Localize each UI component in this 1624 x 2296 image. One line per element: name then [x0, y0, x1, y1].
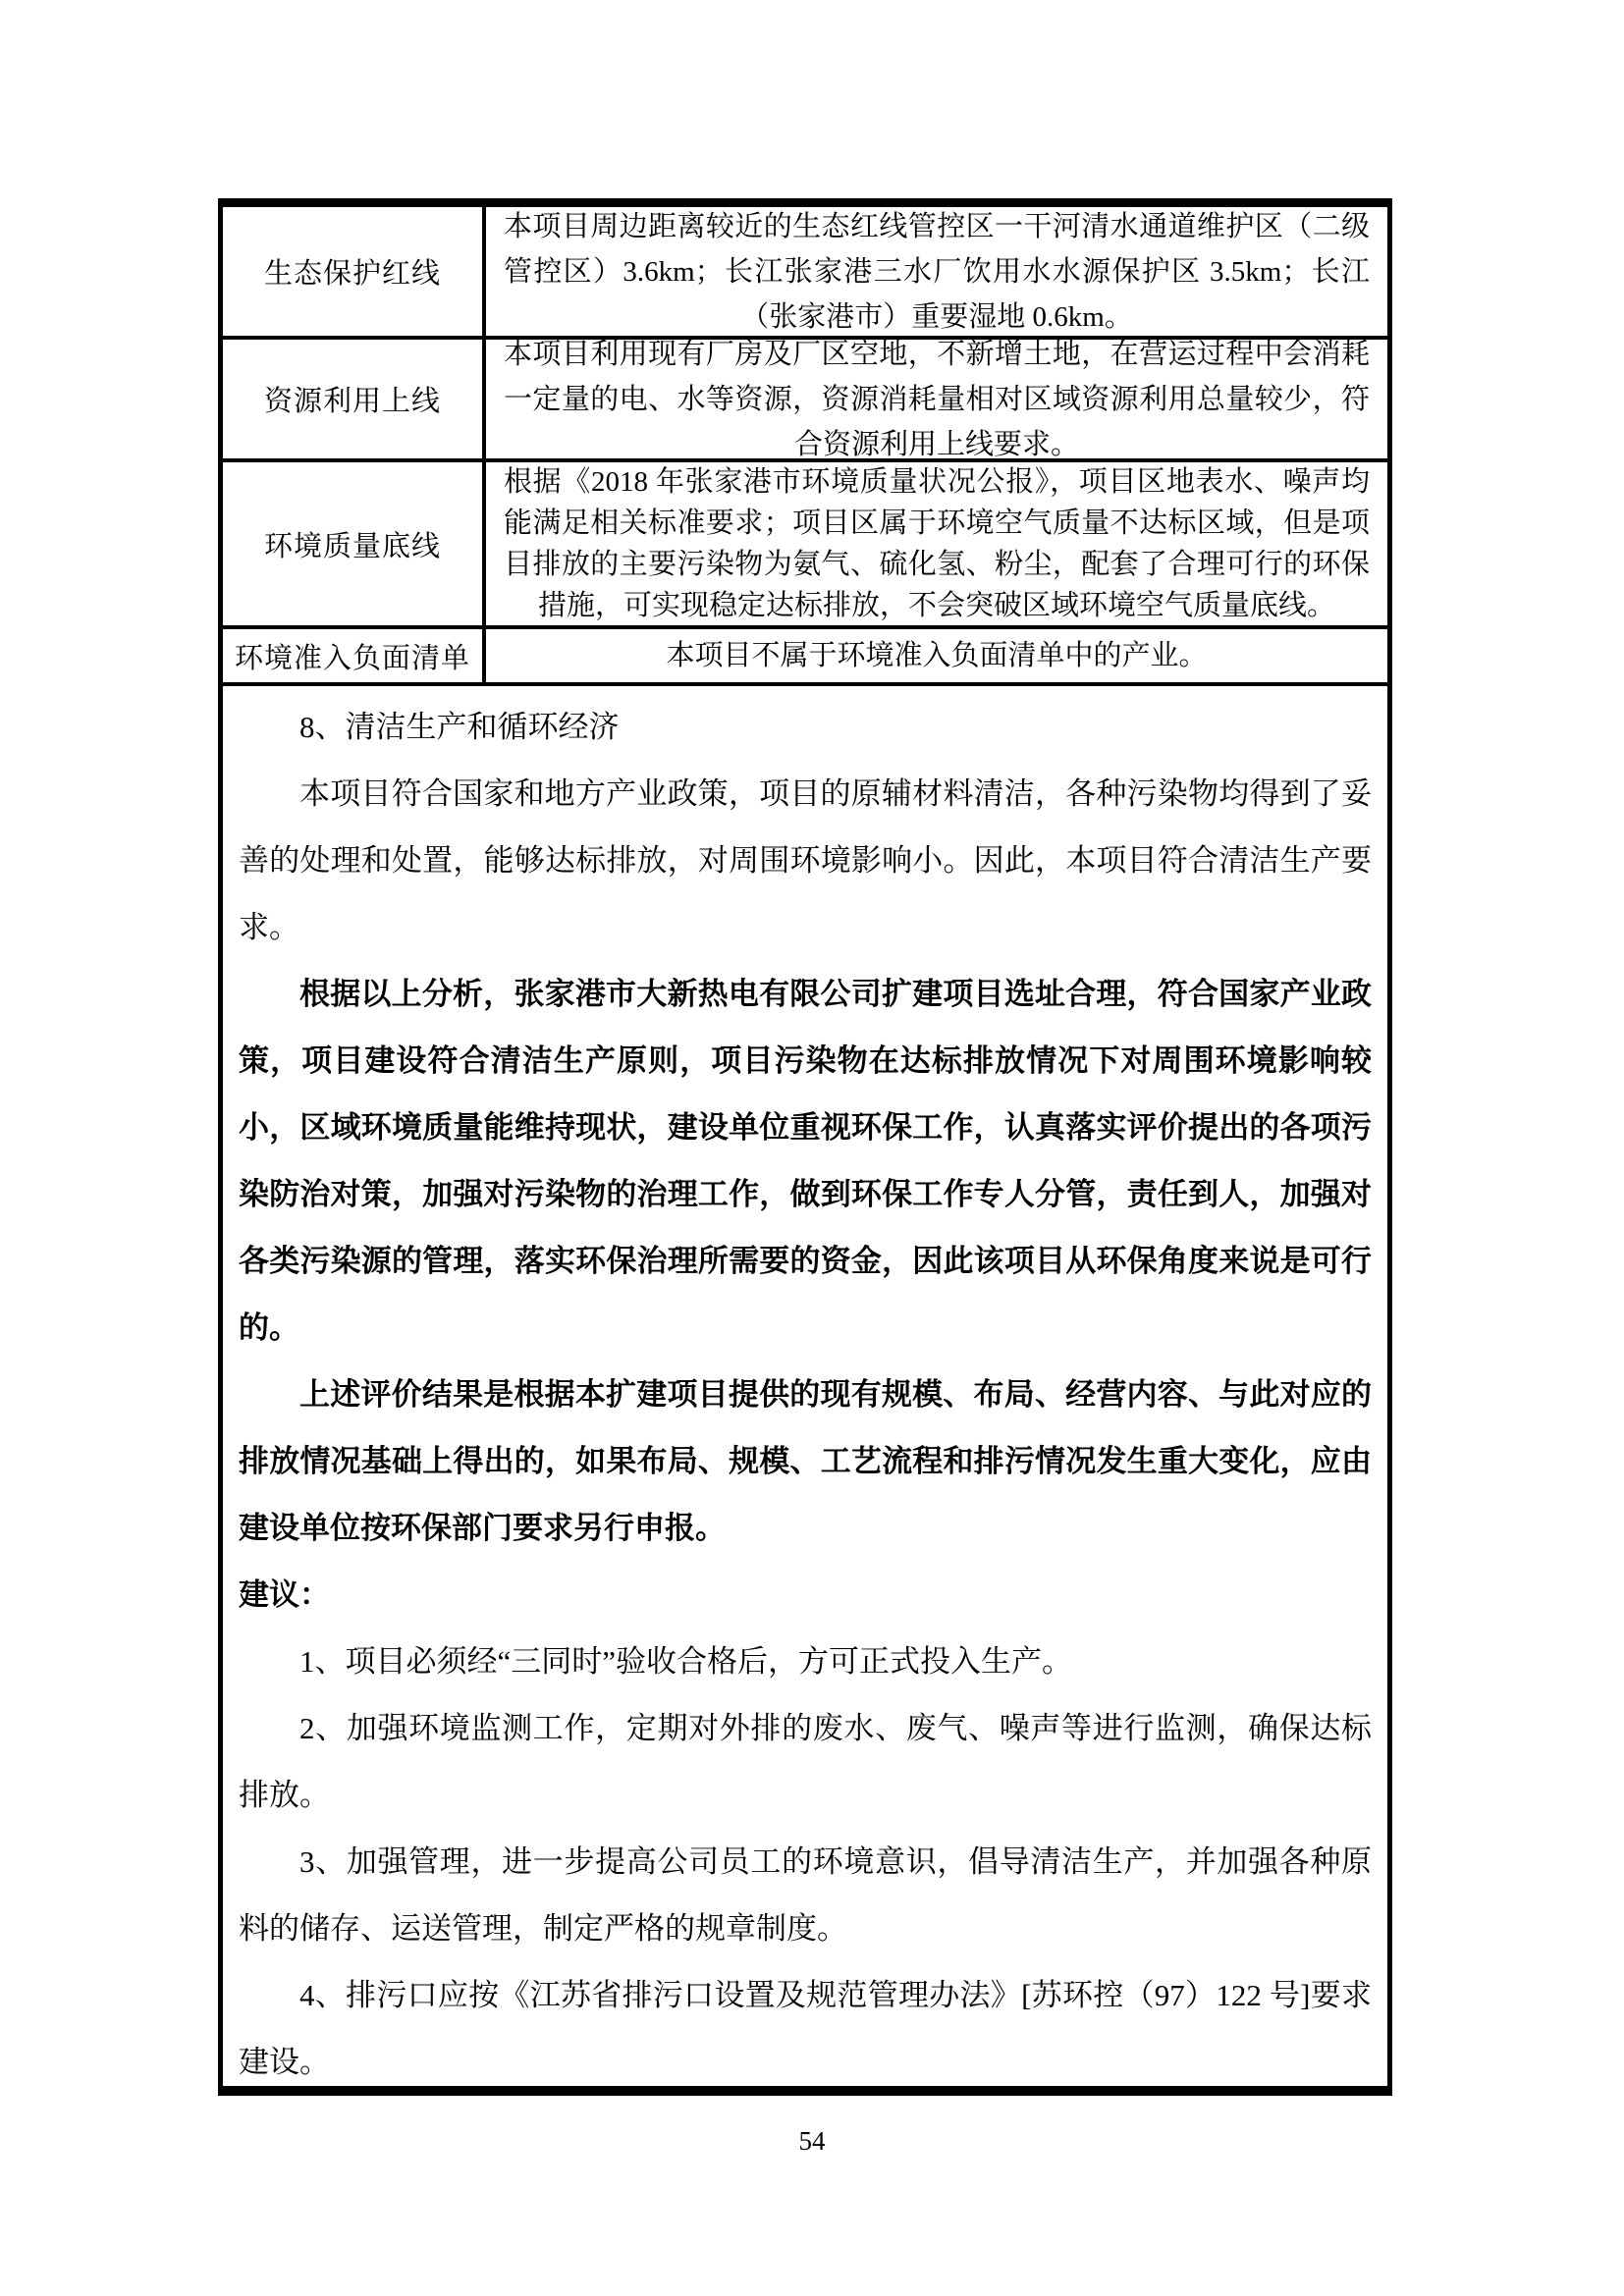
section-heading: 8、清洁生产和循环经济	[239, 694, 1372, 761]
suggestions-label: 建议：	[239, 1562, 1372, 1629]
row-content-text: 根据《2018 年张家港市环境质量状况公报》，项目区地表水、噪声均能满足相关标准…	[504, 461, 1370, 626]
three-lines-one-list-table: 生态保护红线 本项目周边距离较近的生态红线管控区一干河清水通道维护区（二级管控区…	[218, 198, 1392, 2096]
suggestion-item-4: 4、排污口应按《江苏省排污口设置及规范管理办法》[苏环控（97）122 号]要求…	[239, 1962, 1372, 2086]
table-row-environment-quality-bottom-line: 环境质量底线 根据《2018 年张家港市环境质量状况公报》，项目区地表水、噪声均…	[223, 462, 1387, 629]
row-content: 根据《2018 年张家港市环境质量状况公报》，项目区地表水、噪声均能满足相关标准…	[486, 462, 1387, 625]
row-content: 本项目周边距离较近的生态红线管控区一干河清水通道维护区（二级管控区）3.6km；…	[486, 207, 1387, 336]
table-row-ecological-redline: 生态保护红线 本项目周边距离较近的生态红线管控区一干河清水通道维护区（二级管控区…	[223, 207, 1387, 340]
suggestion-item-1: 1、项目必须经“三同时”验收合格后，方可正式投入生产。	[239, 1629, 1372, 1695]
table-body-row: 8、清洁生产和循环经济 本项目符合国家和地方产业政策，项目的原辅材料清洁，各种污…	[223, 686, 1387, 2086]
row-label: 环境质量底线	[223, 462, 486, 625]
document-page: 生态保护红线 本项目周边距离较近的生态红线管控区一干河清水通道维护区（二级管控区…	[0, 0, 1624, 2296]
paragraph-conclusion: 根据以上分析，张家港市大新热电有限公司扩建项目选址合理，符合国家产业政策，项目建…	[239, 961, 1372, 1362]
page-number: 54	[0, 2126, 1624, 2157]
table-row-negative-list: 环境准入负面清单 本项目不属于环境准入负面清单中的产业。	[223, 629, 1387, 686]
row-label: 环境准入负面清单	[223, 629, 486, 682]
row-content-text: 本项目不属于环境准入负面清单中的产业。	[504, 633, 1370, 678]
row-content: 本项目利用现有厂房及厂区空地，不新增土地，在营运过程中会消耗一定量的电、水等资源…	[486, 340, 1387, 458]
table-row-resource-upper-line: 资源利用上线 本项目利用现有厂房及厂区空地，不新增土地，在营运过程中会消耗一定量…	[223, 340, 1387, 462]
suggestion-item-3: 3、加强管理，进一步提高公司员工的环境意识，倡导清洁生产，并加强各种原料的储存、…	[239, 1829, 1372, 1962]
row-content: 本项目不属于环境准入负面清单中的产业。	[486, 629, 1387, 682]
paragraph-clean-production: 本项目符合国家和地方产业政策，项目的原辅材料清洁，各种污染物均得到了妥善的处理和…	[239, 761, 1372, 961]
suggestion-item-2: 2、加强环境监测工作，定期对外排的废水、废气、噪声等进行监测，确保达标排放。	[239, 1695, 1372, 1829]
row-content-text: 本项目周边距离较近的生态红线管控区一干河清水通道维护区（二级管控区）3.6km；…	[504, 204, 1370, 340]
paragraph-scope-note: 上述评价结果是根据本扩建项目提供的现有规模、布局、经营内容、与此对应的排放情况基…	[239, 1362, 1372, 1562]
row-label: 生态保护红线	[223, 207, 486, 336]
row-label: 资源利用上线	[223, 340, 486, 458]
row-content-text: 本项目利用现有厂房及厂区空地，不新增土地，在营运过程中会消耗一定量的电、水等资源…	[504, 332, 1370, 467]
